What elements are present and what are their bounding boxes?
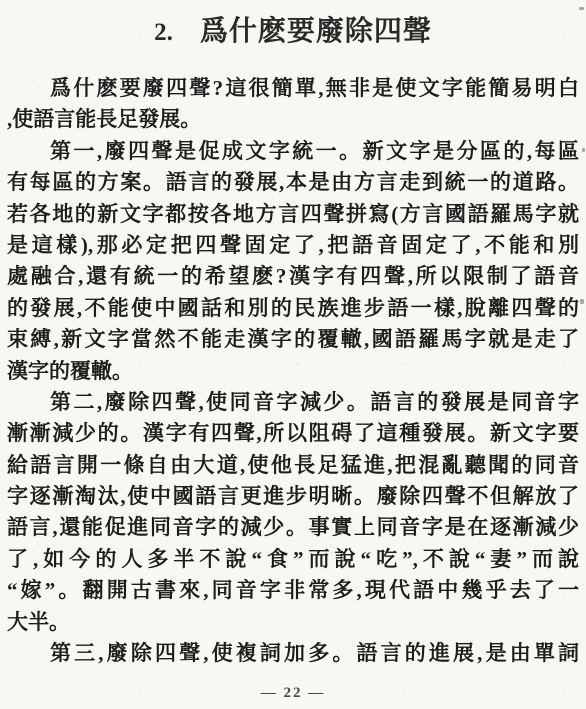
text-line: 大半。	[7, 607, 579, 638]
scanned-page: 2. 爲什麽要廢除四聲 爲什麽要廢四聲?這很簡單,無非是使文字能簡易明白 ,使語…	[0, 0, 586, 709]
text-line: 第三,廢除四聲,使複詞加多。語言的進展,是由單詞	[7, 638, 579, 669]
text-line: 處融合,還有統一的希望麽?漢字有四聲,所以限制了語音	[7, 261, 579, 292]
text-line: 有每區的方案。語言的發展,本是由方言走到統一的道路。	[7, 167, 579, 198]
text-line: ,使語言能長足發展。	[7, 104, 579, 135]
section-heading: 2. 爲什麽要廢除四聲	[0, 0, 586, 47]
text-line: 的發展,不能使中國話和別的民族進步語一樣,脫離四聲的	[7, 293, 579, 324]
page-number: — 22 —	[0, 685, 586, 702]
section-title: 爲什麽要廢除四聲	[200, 9, 432, 49]
scan-artifact	[580, 299, 584, 304]
text-line: 束縛,新文字當然不能走漢字的覆轍,國語羅馬字就是走了	[7, 324, 579, 355]
text-line: 爲什麽要廢四聲?這很簡單,無非是使文字能簡易明白	[7, 73, 579, 104]
page-body: 爲什麽要廢四聲?這很簡單,無非是使文字能簡易明白 ,使語言能長足發展。 第一,廢…	[0, 73, 586, 669]
text-line: 給語言開一條自由大道,使他長足猛進,把混亂聽聞的同音	[7, 450, 579, 481]
scan-artifact	[579, 7, 584, 10]
text-line: 第二,廢除四聲,使同音字減少。語言的發展是同音字	[7, 387, 579, 418]
scan-artifact	[582, 148, 585, 152]
text-line: 若各地的新文字都按各地方言四聲拼寫(方言國語羅馬字就	[7, 199, 579, 230]
text-line: 語言,還能促進同音字的減少。事實上同音字是在逐漸減少	[7, 512, 579, 543]
text-line: 字逐漸淘汰,使中國語言更進步明晰。廢除四聲不但解放了	[7, 481, 579, 512]
text-line: 第一,廢四聲是促成文字統一。新文字是分區的,每區	[7, 136, 579, 167]
text-line: 漸漸減少的。漢字有四聲,所以阻碍了這種發展。新文字要	[7, 418, 579, 449]
text-line: 漢字的覆轍。	[7, 356, 579, 387]
text-line: “嫁”。翻開古書來,同音字非常多,現代語中幾乎去了一	[7, 575, 579, 606]
text-line: 了,如今的人多半不說“食”而說“吃”,不說“妻”而說	[7, 544, 579, 575]
text-line: 是這樣),那必定把四聲固定了,把語音固定了,不能和別	[7, 230, 579, 261]
section-number: 2.	[154, 19, 173, 47]
